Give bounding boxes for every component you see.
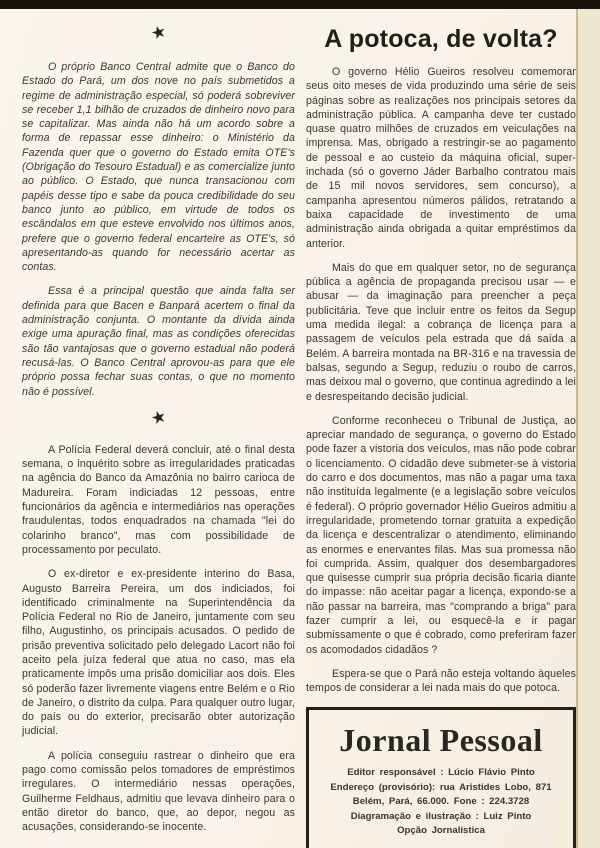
star-divider: ★ (22, 24, 295, 46)
right-paragraph-4: Espera-se que o Pará não esteja voltando… (306, 667, 576, 696)
left-paragraph-1: A Polícia Federal deverá concluir, até o… (22, 443, 295, 557)
masthead-address-line: Endereço (provisório): rua Aristides Lob… (315, 781, 567, 796)
right-paragraph-1: O governo Hélio Gueiros resolveu comemor… (306, 65, 576, 251)
masthead-city-phone-line: Belém, Pará, 66.000. Fone : 224.3728 (315, 795, 567, 810)
scan-top-edge (0, 0, 600, 9)
masthead-box: Jornal Pessoal Editor responsável : Lúci… (306, 707, 576, 848)
article-headline: A potoca, de volta? (306, 24, 576, 54)
left-paragraph-italic-2: Essa é a principal questão que ainda fal… (22, 284, 295, 398)
right-column: A potoca, de volta? O governo Hélio Guei… (306, 24, 576, 848)
right-paragraph-2: Mais do que em qualquer setor, no de seg… (306, 261, 576, 404)
masthead-title: Jornal Pessoal (315, 722, 567, 758)
star-divider: ★ (22, 409, 295, 431)
page-right-margin (578, 9, 600, 848)
left-paragraph-italic-1: O próprio Banco Central admite que o Ban… (22, 60, 295, 274)
masthead-design-line: Diagramação e ilustração : Luiz Pinto (315, 810, 567, 825)
newspaper-page: ★ O próprio Banco Central admite que o B… (0, 0, 600, 848)
star-icon: ★ (149, 407, 169, 428)
left-paragraph-3: A polícia conseguiu rastrear o dinheiro … (22, 749, 295, 835)
star-icon: ★ (149, 22, 169, 43)
left-paragraph-2: O ex-diretor e ex-presidente interino do… (22, 567, 295, 739)
right-paragraph-3: Conforme reconheceu o Tribunal de Justiç… (306, 414, 576, 657)
left-column: ★ O próprio Banco Central admite que o B… (22, 22, 295, 845)
masthead-company-line: Opção Jornalística (315, 824, 567, 839)
masthead-editor-line: Editor responsável : Lúcio Flávio Pinto (315, 766, 567, 781)
page-edge-shadow (576, 9, 578, 848)
